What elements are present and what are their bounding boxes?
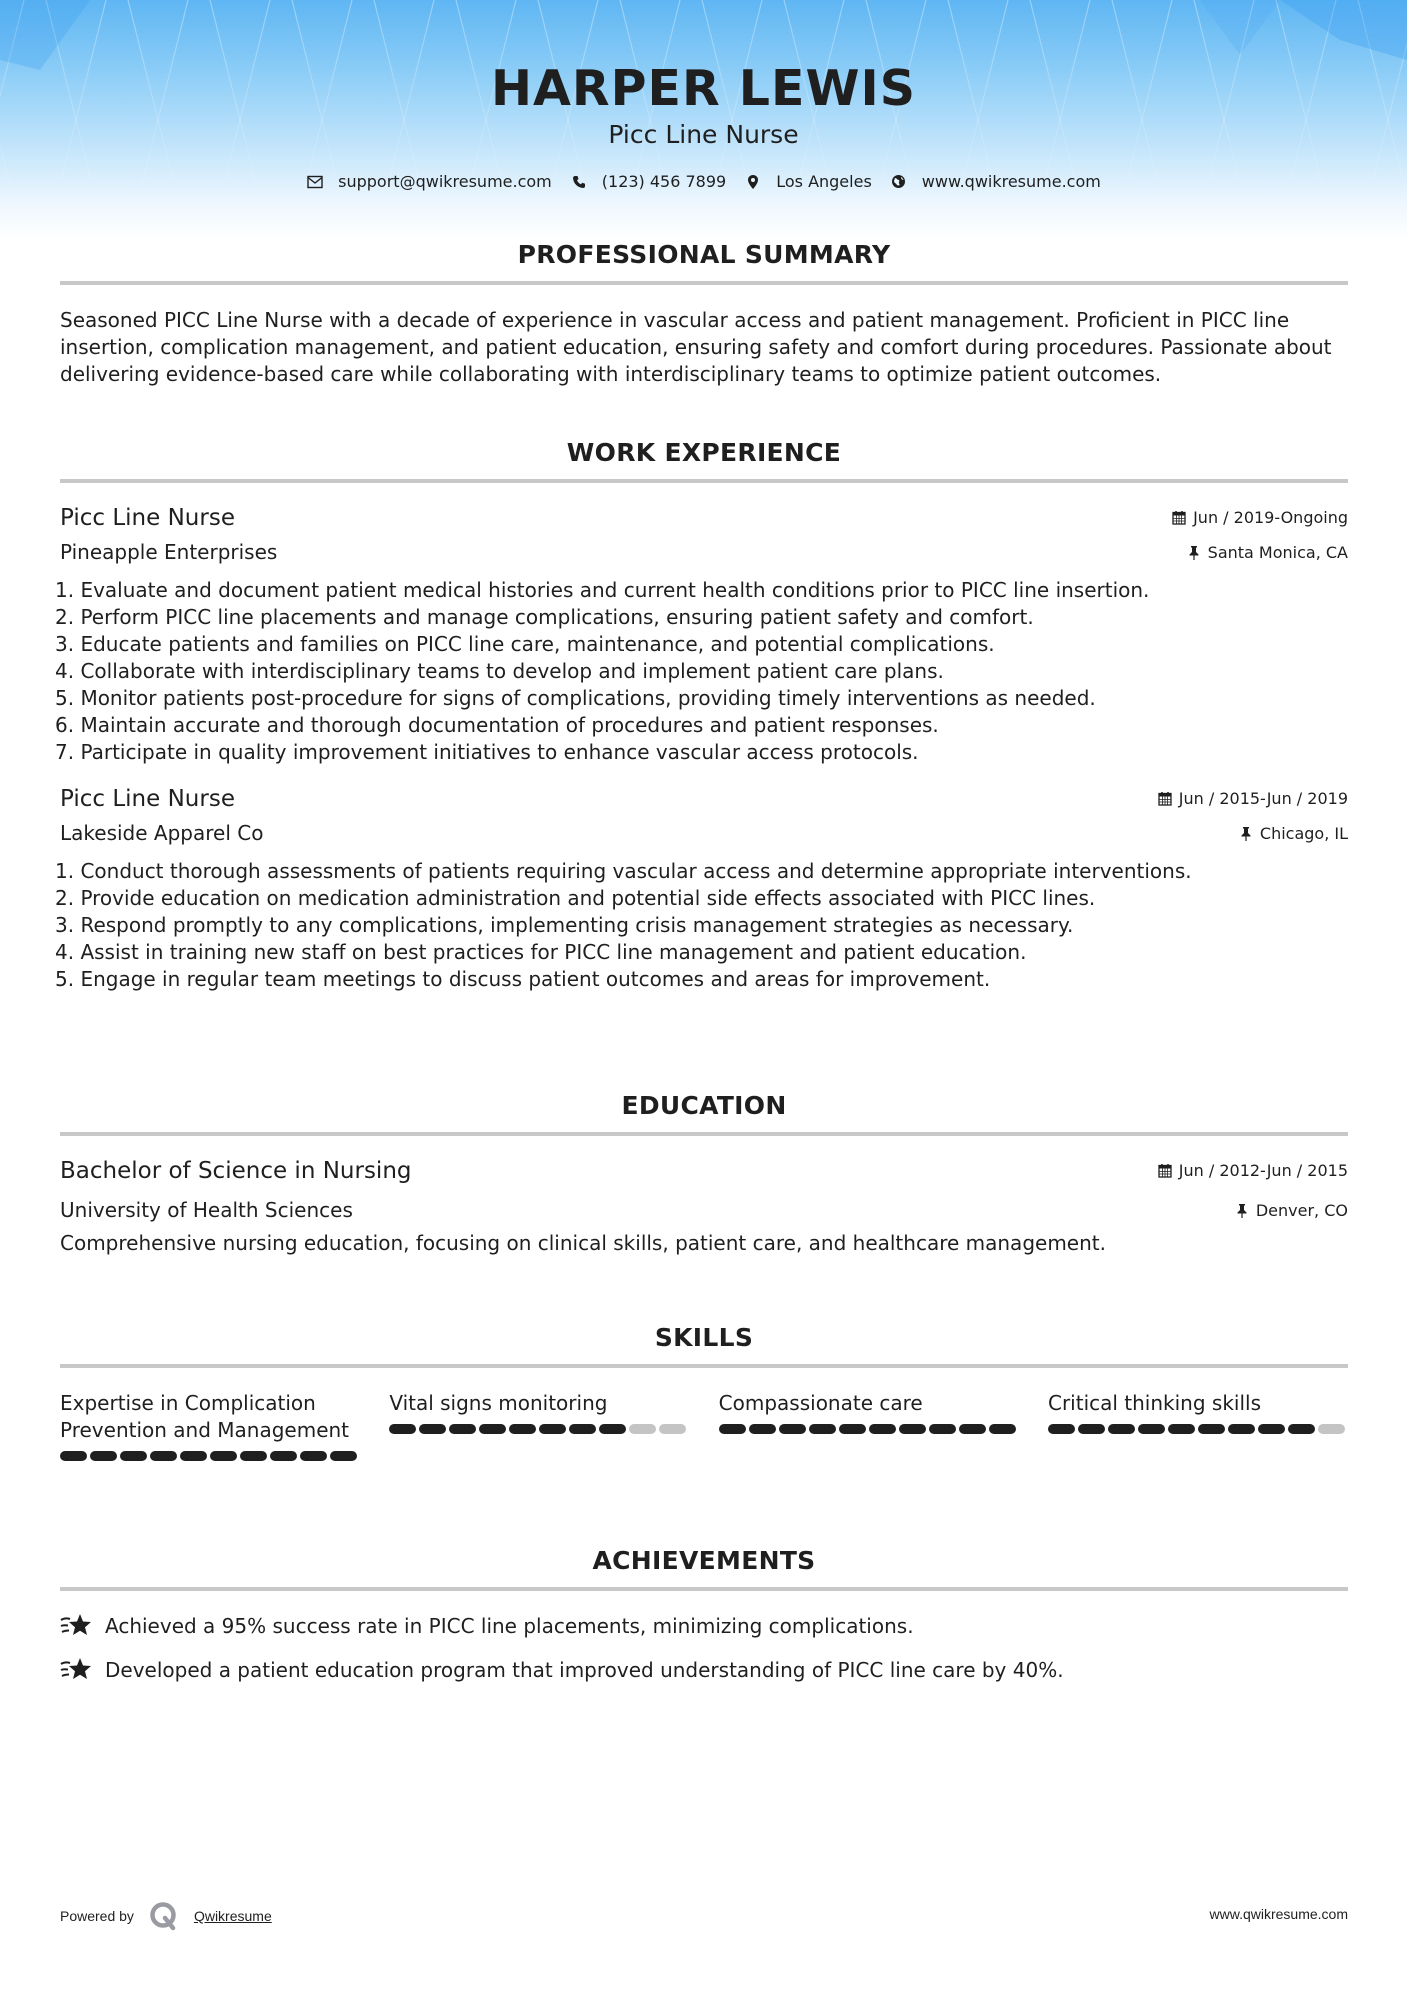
rating-segment-filled [180, 1451, 207, 1461]
calendar-icon [1157, 791, 1173, 807]
contact-email[interactable]: support@qwikresume.com [306, 172, 552, 191]
achievement-item: Achieved a 95% success rate in PICC line… [60, 1611, 1348, 1641]
rating-segment-filled [120, 1451, 147, 1461]
globe-icon [890, 173, 908, 191]
section-heading: WORK EXPERIENCE [60, 438, 1348, 467]
rating-segment-filled [210, 1451, 237, 1461]
powered-by-label: Powered by [60, 1908, 134, 1924]
rating-segment-empty [629, 1424, 656, 1434]
duty-item: 5. Engage in regular team meetings to di… [55, 966, 1348, 993]
duty-item: 1. Evaluate and document patient medical… [55, 577, 1348, 604]
resume-header: HARPER LEWIS Picc Line Nurse support@qwi… [0, 0, 1407, 240]
section-heading: SKILLS [60, 1323, 1348, 1352]
rating-segment-filled [270, 1451, 297, 1461]
pushpin-icon [1238, 825, 1254, 841]
candidate-title: Picc Line Nurse [0, 120, 1407, 149]
qwikresume-link[interactable]: Qwikresume [194, 1908, 272, 1924]
contact-phone-text: (123) 456 7899 [602, 172, 726, 191]
job-entry: Picc Line Nurse Jun / 2015-Jun / 2019 La… [60, 786, 1348, 993]
contact-website[interactable]: www.qwikresume.com [890, 172, 1101, 191]
contact-email-text: support@qwikresume.com [338, 172, 552, 191]
rating-segment-filled [419, 1424, 446, 1434]
skill-rating-bar [389, 1424, 689, 1434]
skill-item: Vital signs monitoring [389, 1390, 689, 1461]
rating-segment-empty [1318, 1424, 1345, 1434]
job-location: Santa Monica, CA [1186, 543, 1348, 562]
education-location-text: Denver, CO [1256, 1201, 1348, 1220]
rating-segment-filled [389, 1424, 416, 1434]
rating-segment-filled [1048, 1424, 1075, 1434]
education-dates: Jun / 2012-Jun / 2015 [1157, 1161, 1348, 1180]
school-name: University of Health Sciences [60, 1198, 353, 1222]
envelope-icon [306, 173, 324, 191]
footer-powered-by: Powered by Qwikresume [60, 1900, 272, 1932]
section-heading: EDUCATION [60, 1091, 1348, 1120]
rating-segment-filled [1168, 1424, 1195, 1434]
section-divider [60, 479, 1348, 483]
achievements-list: Achieved a 95% success rate in PICC line… [60, 1611, 1348, 1685]
calendar-icon [1171, 510, 1187, 526]
achievement-text: Developed a patient education program th… [105, 1658, 1064, 1682]
skills-section: SKILLS Expertise in Complication Prevent… [60, 1323, 1348, 1461]
rating-segment-filled [509, 1424, 536, 1434]
summary-text: Seasoned PICC Line Nurse with a decade o… [60, 307, 1348, 388]
education-description: Comprehensive nursing education, focusin… [60, 1230, 1348, 1257]
job-duties: 1. Conduct thorough assessments of patie… [55, 858, 1348, 993]
rating-segment-filled [1258, 1424, 1285, 1434]
skill-item: Expertise in Complication Prevention and… [60, 1390, 360, 1461]
shooting-star-icon [60, 1655, 92, 1685]
candidate-name: HARPER LEWIS [0, 60, 1407, 117]
job-duties: 1. Evaluate and document patient medical… [55, 577, 1348, 766]
job-dates: Jun / 2015-Jun / 2019 [1157, 789, 1348, 808]
phone-icon [570, 173, 588, 191]
contact-phone[interactable]: (123) 456 7899 [570, 172, 726, 191]
skill-name: Critical thinking skills [1048, 1390, 1348, 1417]
contact-location: Los Angeles [744, 172, 872, 191]
skill-rating-bar [719, 1424, 1019, 1434]
duty-item: 2. Perform PICC line placements and mana… [55, 604, 1348, 631]
rating-segment-filled [929, 1424, 956, 1434]
rating-segment-filled [569, 1424, 596, 1434]
job-entry: Picc Line Nurse Jun / 2019-Ongoing Pinea… [60, 505, 1348, 766]
section-divider [60, 1132, 1348, 1136]
rating-segment-filled [959, 1424, 986, 1434]
job-company: Pineapple Enterprises [60, 540, 277, 564]
qwikresume-logo-icon [148, 1900, 180, 1932]
rating-segment-filled [719, 1424, 746, 1434]
duty-item: 2. Provide education on medication admin… [55, 885, 1348, 912]
pushpin-icon [1186, 544, 1202, 560]
education-dates-text: Jun / 2012-Jun / 2015 [1179, 1161, 1348, 1180]
rating-segment-filled [240, 1451, 267, 1461]
education-location: Denver, CO [1234, 1201, 1348, 1220]
rating-segment-filled [809, 1424, 836, 1434]
job-company: Lakeside Apparel Co [60, 821, 263, 845]
section-divider [60, 1587, 1348, 1591]
skills-grid: Expertise in Complication Prevention and… [60, 1390, 1348, 1461]
footer-website[interactable]: www.qwikresume.com [1210, 1906, 1348, 1922]
rating-segment-filled [150, 1451, 177, 1461]
duty-item: 1. Conduct thorough assessments of patie… [55, 858, 1348, 885]
rating-segment-filled [989, 1424, 1016, 1434]
duty-item: 7. Participate in quality improvement in… [55, 739, 1348, 766]
rating-segment-filled [90, 1451, 117, 1461]
rating-segment-filled [60, 1451, 87, 1461]
rating-segment-filled [539, 1424, 566, 1434]
rating-segment-filled [1198, 1424, 1225, 1434]
skill-name: Compassionate care [719, 1390, 1019, 1417]
rating-segment-filled [449, 1424, 476, 1434]
skill-item: Compassionate care [719, 1390, 1019, 1461]
job-dates-text: Jun / 2019-Ongoing [1193, 508, 1348, 527]
rating-segment-filled [1108, 1424, 1135, 1434]
rating-segment-filled [839, 1424, 866, 1434]
contact-location-text: Los Angeles [776, 172, 872, 191]
summary-section: PROFESSIONAL SUMMARY Seasoned PICC Line … [60, 240, 1348, 388]
job-title: Picc Line Nurse [60, 786, 235, 812]
rating-segment-filled [300, 1451, 327, 1461]
job-title: Picc Line Nurse [60, 505, 235, 531]
calendar-icon [1157, 1163, 1173, 1179]
rating-segment-filled [599, 1424, 626, 1434]
rating-segment-filled [749, 1424, 776, 1434]
rating-segment-filled [479, 1424, 506, 1434]
rating-segment-filled [899, 1424, 926, 1434]
duty-item: 4. Collaborate with interdisciplinary te… [55, 658, 1348, 685]
skill-rating-bar [60, 1451, 360, 1461]
duty-item: 4. Assist in training new staff on best … [55, 939, 1348, 966]
section-heading: PROFESSIONAL SUMMARY [60, 240, 1348, 269]
rating-segment-filled [1228, 1424, 1255, 1434]
achievement-item: Developed a patient education program th… [60, 1655, 1348, 1685]
map-marker-icon [744, 173, 762, 191]
job-dates-text: Jun / 2015-Jun / 2019 [1179, 789, 1348, 808]
rating-segment-filled [330, 1451, 357, 1461]
achievement-text: Achieved a 95% success rate in PICC line… [105, 1614, 914, 1638]
section-heading: ACHIEVEMENTS [60, 1546, 1348, 1575]
pushpin-icon [1234, 1202, 1250, 1218]
rating-segment-filled [1288, 1424, 1315, 1434]
skill-name: Vital signs monitoring [389, 1390, 689, 1417]
education-section: EDUCATION Bachelor of Science in Nursing… [60, 1091, 1348, 1257]
rating-segment-filled [869, 1424, 896, 1434]
job-location-text: Santa Monica, CA [1208, 543, 1348, 562]
degree-title: Bachelor of Science in Nursing [60, 1158, 412, 1184]
skill-name: Expertise in Complication Prevention and… [60, 1390, 360, 1444]
section-divider [60, 281, 1348, 285]
duty-item: 6. Maintain accurate and thorough docume… [55, 712, 1348, 739]
rating-segment-filled [1138, 1424, 1165, 1434]
section-divider [60, 1364, 1348, 1368]
contact-bar: support@qwikresume.com (123) 456 7899 Lo… [0, 172, 1407, 191]
rating-segment-filled [1078, 1424, 1105, 1434]
skill-item: Critical thinking skills [1048, 1390, 1348, 1461]
experience-section: WORK EXPERIENCE Picc Line Nurse Jun / 20… [60, 438, 1348, 993]
achievements-section: ACHIEVEMENTS Achieved a 95% success rate… [60, 1546, 1348, 1699]
duty-item: 5. Monitor patients post-procedure for s… [55, 685, 1348, 712]
duty-item: 3. Educate patients and families on PICC… [55, 631, 1348, 658]
contact-website-text: www.qwikresume.com [922, 172, 1101, 191]
shooting-star-icon [60, 1611, 92, 1641]
job-location-text: Chicago, IL [1260, 824, 1348, 843]
job-dates: Jun / 2019-Ongoing [1171, 508, 1348, 527]
rating-segment-filled [779, 1424, 806, 1434]
duty-item: 3. Respond promptly to any complications… [55, 912, 1348, 939]
job-location: Chicago, IL [1238, 824, 1348, 843]
rating-segment-empty [659, 1424, 686, 1434]
skill-rating-bar [1048, 1424, 1348, 1434]
